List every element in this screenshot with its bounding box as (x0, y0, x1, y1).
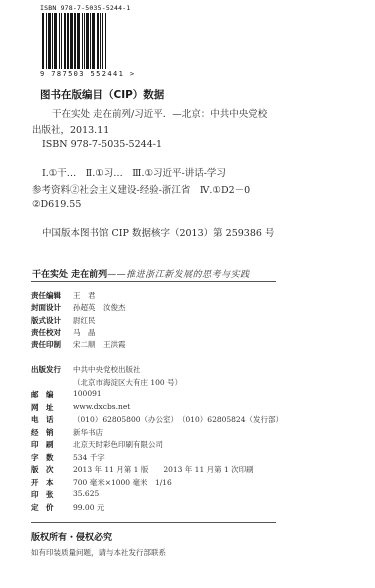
isbn-bottom-text: 9 787503 552441 > (40, 70, 132, 78)
publishing-label: 电 话 (31, 414, 67, 425)
publishing-label: 网 址 (31, 402, 67, 413)
publishing-value: 700 毫米×1000 毫米 1/16 (73, 477, 172, 488)
publishing-label: 出版发行 (31, 364, 67, 375)
credit-value: 宋二顺 王洪霞 (73, 339, 126, 350)
copyright-statement: 版权所有・侵权必究 (31, 530, 112, 543)
publishing-value: 北京天时彩色印刷有限公司 (73, 439, 163, 450)
cip-line-1: 干在实处 走在前列/习近平．—北京：中共中央党校 (52, 106, 267, 120)
publishing-row: 字 数534 千字 (31, 452, 105, 463)
publishing-value: www.dxcbs.net (73, 402, 130, 413)
isbn-barcode: ISBN 978-7-5035-5244-1 9 787503 552441 > (40, 4, 132, 80)
publishing-value: （北京市海淀区大有庄 100 号） (73, 377, 182, 388)
publishing-row: 经 销新华书店 (31, 427, 103, 438)
publishing-row: 开 本700 毫米×1000 毫米 1/16 (31, 477, 172, 488)
publishing-label: 经 销 (31, 427, 67, 438)
credit-label: 责任编辑 (31, 290, 67, 301)
publishing-row: 印 刷北京天时彩色印刷有限公司 (31, 439, 163, 450)
cip-line-4: Ⅰ.①干… Ⅱ.①习… Ⅲ.①习近平-讲话-学习 (42, 165, 226, 179)
cip-line-2: 出版社，2013.11 (32, 122, 109, 136)
book-title-line: 干在实处 走在前列——推进浙江新发展的思考与实践 (32, 267, 250, 280)
publishing-label: 印 张 (31, 489, 67, 500)
publishing-value: 99.00 元 (73, 502, 104, 513)
credit-value: 尉红民 (73, 315, 96, 326)
publishing-value: 新华书店 (73, 427, 103, 438)
publishing-label: 定 价 (31, 502, 67, 513)
credit-label: 版式设计 (31, 315, 67, 326)
publishing-row: 电 话（010）62805800（办公室） （010）62805824（发行部） (31, 414, 283, 425)
publishing-value: 2013 年 11 月第 1 版 2013 年 11 月第 1 次印刷 (73, 464, 254, 475)
publishing-value: 534 千字 (73, 452, 105, 463)
book-subtitle: ——推进浙江新发展的思考与实践 (107, 270, 250, 280)
credit-label: 责任校对 (31, 327, 67, 338)
title-divider (31, 281, 276, 282)
credit-row: 责任编辑王 君 (31, 290, 96, 301)
book-title: 干在实处 走在前列 (32, 270, 107, 280)
publishing-row: 出版发行中共中央党校出版社 (31, 364, 141, 375)
publishing-row: 印 张35.625 (31, 489, 99, 500)
credit-label: 责任印制 (31, 339, 67, 350)
credit-row: 责任印制宋二顺 王洪霞 (31, 339, 126, 350)
publishing-label: 字 数 (31, 452, 67, 463)
publishing-label: 邮 编 (31, 389, 67, 400)
credit-row: 封面设计孙超英 汝俊杰 (31, 302, 126, 313)
publishing-value: 中共中央党校出版社 (73, 364, 141, 375)
credit-value: 孙超英 汝俊杰 (73, 302, 126, 313)
cip-heading: 图书在版编目（CIP）数据 (40, 87, 164, 102)
cip-line-5: 参考资料②社会主义建设-经验-浙江省 Ⅳ.①D2－0 (32, 182, 250, 196)
credit-label: 封面设计 (31, 302, 67, 313)
cip-line-6: ②D619.55 (32, 199, 81, 210)
credit-value: 王 君 (73, 290, 96, 301)
publishing-row: 邮 编100091 (31, 389, 102, 400)
publishing-label: 印 刷 (31, 439, 67, 450)
isbn-top-text: ISBN 978-7-5035-5244-1 (40, 4, 132, 12)
publishing-value: 100091 (73, 389, 102, 400)
publishing-value: （010）62805800（办公室） （010）62805824（发行部） (73, 414, 283, 425)
publishing-label (31, 377, 67, 388)
publishing-label: 版 次 (31, 464, 67, 475)
footer-divider (31, 522, 276, 523)
publishing-row: 版 次2013 年 11 月第 1 版 2013 年 11 月第 1 次印刷 (31, 464, 254, 475)
publishing-row: 定 价99.00 元 (31, 502, 104, 513)
cip-record-number: 中国版本图书馆 CIP 数据核字（2013）第 259386 号 (42, 225, 274, 239)
publishing-value: 35.625 (73, 489, 99, 500)
barcode-bars (42, 13, 130, 69)
publishing-row: （北京市海淀区大有庄 100 号） (31, 377, 182, 388)
credit-row: 版式设计尉红民 (31, 315, 96, 326)
publishing-row: 网 址www.dxcbs.net (31, 402, 130, 413)
credit-value: 马 晶 (73, 327, 96, 338)
cip-isbn: ISBN 978-7-5035-5244-1 (42, 139, 162, 150)
quality-notice: 如有印装质量问题，请与本社发行部联系 (31, 547, 166, 558)
credit-row: 责任校对马 晶 (31, 327, 96, 338)
publishing-label: 开 本 (31, 477, 67, 488)
